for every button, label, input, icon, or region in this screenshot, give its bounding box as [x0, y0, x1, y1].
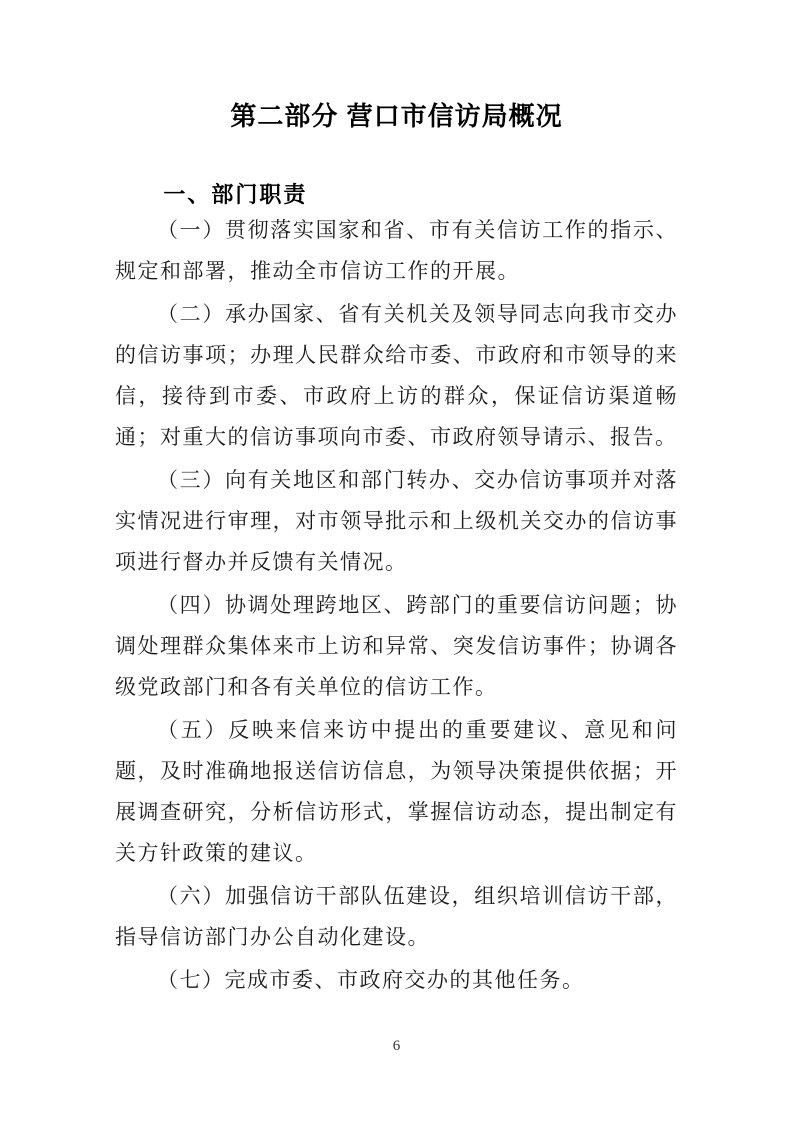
document-page: 第二部分 营口市信访局概况 一、部门职责 （一）贯彻落实国家和省、市有关信访工作…	[0, 0, 793, 1122]
paragraph-duty-2: （二）承办国家、省有关机关及领导同志向我市交办的信访事项；办理人民群众给市委、市…	[115, 294, 678, 458]
section-heading: 一、部门职责	[115, 180, 678, 210]
paragraph-duty-6: （六）加强信访干部队伍建设，组织培训信访干部，指导信访部门办公自动化建设。	[115, 876, 678, 958]
paragraph-duty-7: （七）完成市委、市政府交办的其他任务。	[115, 960, 678, 1001]
paragraph-duty-4: （四）协调处理跨地区、跨部门的重要信访问题；协调处理群众集体来市上访和异常、突发…	[115, 585, 678, 708]
paragraph-duty-5: （五）反映来信来访中提出的重要建议、意见和问题，及时准确地报送信访信息，为领导决…	[115, 710, 678, 874]
paragraph-duty-3: （三）向有关地区和部门转办、交办信访事项并对落实情况进行审理，对市领导批示和上级…	[115, 460, 678, 583]
page-title: 第二部分 营口市信访局概况	[115, 0, 678, 134]
paragraph-duty-1: （一）贯彻落实国家和省、市有关信访工作的指示、规定和部署，推动全市信访工作的开展…	[115, 210, 678, 292]
page-number: 6	[0, 1038, 793, 1055]
